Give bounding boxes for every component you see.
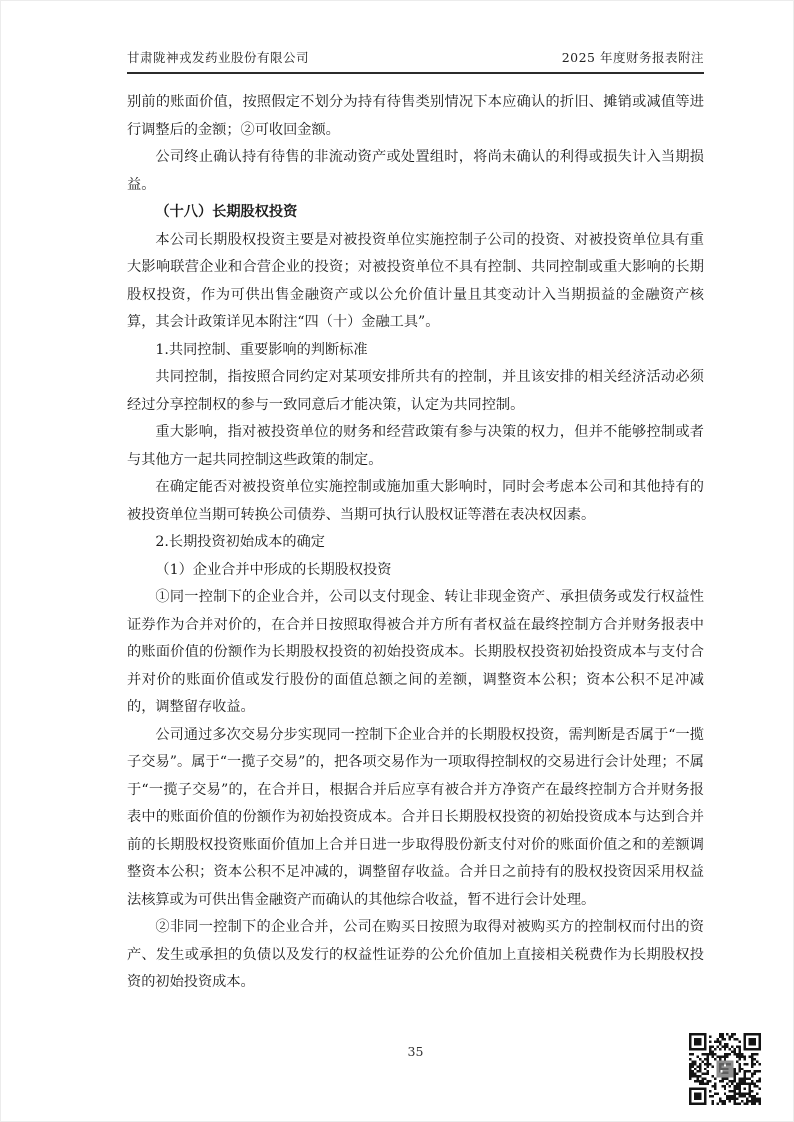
paragraph: 别前的账面价值，按照假定不划分为持有待售类别情况下本应确认的折旧、摊销或减值等进… (127, 89, 704, 144)
paragraph: 重大影响，指对被投资单位的财务和经营政策有参与决策的权力，但并不能够控制或者与其… (127, 419, 704, 474)
document-page: 甘肃陇神戎发药业股份有限公司 2025 年度财务报表附注 别前的账面价值，按照假… (0, 0, 794, 1122)
paragraph: ①同一控制下的企业合并，公司以支付现金、转让非现金资产、承担债务或发行权益性证券… (127, 584, 704, 722)
document-title: 2025 年度财务报表附注 (562, 48, 704, 66)
qr-code-icon (689, 1033, 761, 1105)
paragraph: 在确定能否对被投资单位实施控制或施加重大影响时，同时会考虑本公司和其他持有的被投… (127, 474, 704, 529)
page-number: 35 (127, 1044, 704, 1059)
paragraph: 共同控制，指按照合同约定对某项安排所共有的控制，并且该安排的相关经济活动必须经过… (127, 364, 704, 419)
document-body: 别前的账面价值，按照假定不划分为持有待售类别情况下本应确认的折旧、摊销或减值等进… (127, 89, 704, 997)
section-heading: （十八）长期股权投资 (127, 199, 704, 227)
paragraph: 1.共同控制、重要影响的判断标准 (127, 337, 704, 365)
paragraph: 2.长期投资初始成本的确定 (127, 529, 704, 557)
paragraph: （1）企业合并中形成的长期股权投资 (127, 557, 704, 585)
company-name: 甘肃陇神戎发药业股份有限公司 (127, 48, 309, 66)
paragraph: 本公司长期股权投资主要是对被投资单位实施控制子公司的投资、对被投资单位具有重大影… (127, 227, 704, 337)
paragraph: 公司通过多次交易分步实现同一控制下企业合并的长期股权投资，需判断是否属于“一揽子… (127, 722, 704, 915)
paragraph: 公司终止确认持有待售的非流动资产或处置组时，将尚未确认的利得或损失计入当期损益。 (127, 144, 704, 199)
page-header: 甘肃陇神戎发药业股份有限公司 2025 年度财务报表附注 (127, 48, 704, 74)
paragraph: ②非同一控制下的企业合并，公司在购买日按照为取得对被购买方的控制权而付出的资产、… (127, 914, 704, 997)
